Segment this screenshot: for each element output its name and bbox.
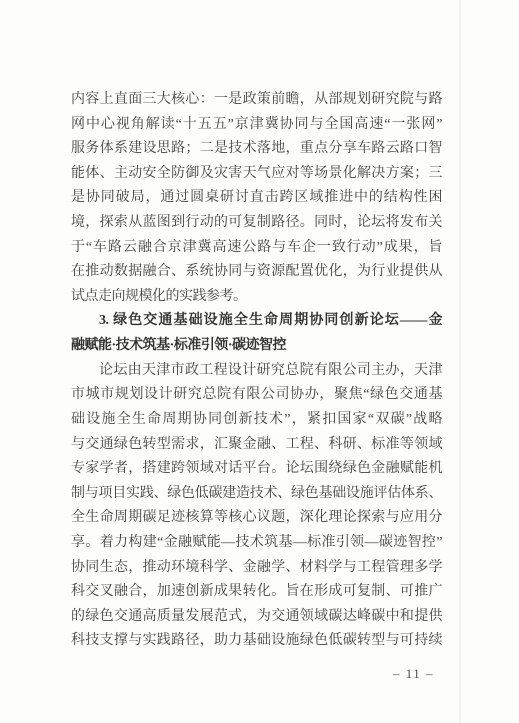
text-line: 市城市规划设计研究总院有限公司协办，聚焦“绿色交通基 [71,383,442,408]
text-line: 试点走向规模化的实践参考。 [71,285,442,310]
page-number: – 11 – [393,666,434,682]
text-line: 论坛由天津市政工程设计研究总院有限公司主办，天津 [71,359,442,384]
text-line: 网中心视角解读“十五五”京津冀协同与全国高速“一张网” [71,113,442,138]
text-line: 享。着力构建“金融赋能—技术筑基—标准引领—碳迹智控” [71,531,442,556]
text-line: 制与项目实践、绿色低碳建造技术、绿色基础设施评估体系、 [71,482,442,507]
text-line: 协同生态，推动环境科学、金融学、材料学与工程管理多学 [71,556,442,581]
text-line: 能体、主动安全防御及灾害天气应对等场景化解决方案；三 [71,162,442,187]
text-line: 内容上直面三大核心：一是政策前瞻，从部规划研究院与路 [71,88,442,113]
text-line: 科技支撑与实践路径，助力基础设施绿色低碳转型与可持续 [71,629,442,654]
text-line: 科交叉融合，加速创新成果转化。旨在形成可复制、可推广 [71,580,442,605]
text-line: 的绿色交通高质量发展范式，为交通领域碳达峰碳中和提供 [71,605,442,630]
document-page: 内容上直面三大核心：一是政策前瞻，从部规划研究院与路网中心视角解读“十五五”京津… [0,0,519,723]
text-line: 是协同破局，通过圆桌研讨直击跨区域推进中的结构性困 [71,186,442,211]
text-line: 专家学者，搭建跨领域对话平台。论坛围绕绿色金融赋能机 [71,457,442,482]
text-line: 于“车路云融合京津冀高速公路与车企一致行动”成果，旨 [71,236,442,261]
scan-edge-line [459,0,461,723]
document-body-text: 内容上直面三大核心：一是政策前瞻，从部规划研究院与路网中心视角解读“十五五”京津… [71,88,442,654]
text-line: 础设施全生命周期协同创新技术”，紧扣国家“双碳”战略 [71,408,442,433]
text-line: 服务体系建设思路；二是技术落地，重点分享车路云路口智 [71,137,442,162]
heading-line: 3. 绿色交通基础设施全生命周期协同创新论坛——金 [71,309,442,334]
text-line: 在推动数据融合、系统协同与资源配置优化，为行业提供从 [71,260,442,285]
heading-line: 融赋能·技术筑基·标准引领·碳迹智控 [71,334,442,359]
text-line: 全生命周期碳足迹核算等核心议题，深化理论探索与应用分 [71,506,442,531]
text-line: 境，探索从蓝图到行动的可复制路径。同时，论坛将发布关 [71,211,442,236]
text-line: 与交通绿色转型需求，汇聚金融、工程、科研、标准等领域 [71,433,442,458]
